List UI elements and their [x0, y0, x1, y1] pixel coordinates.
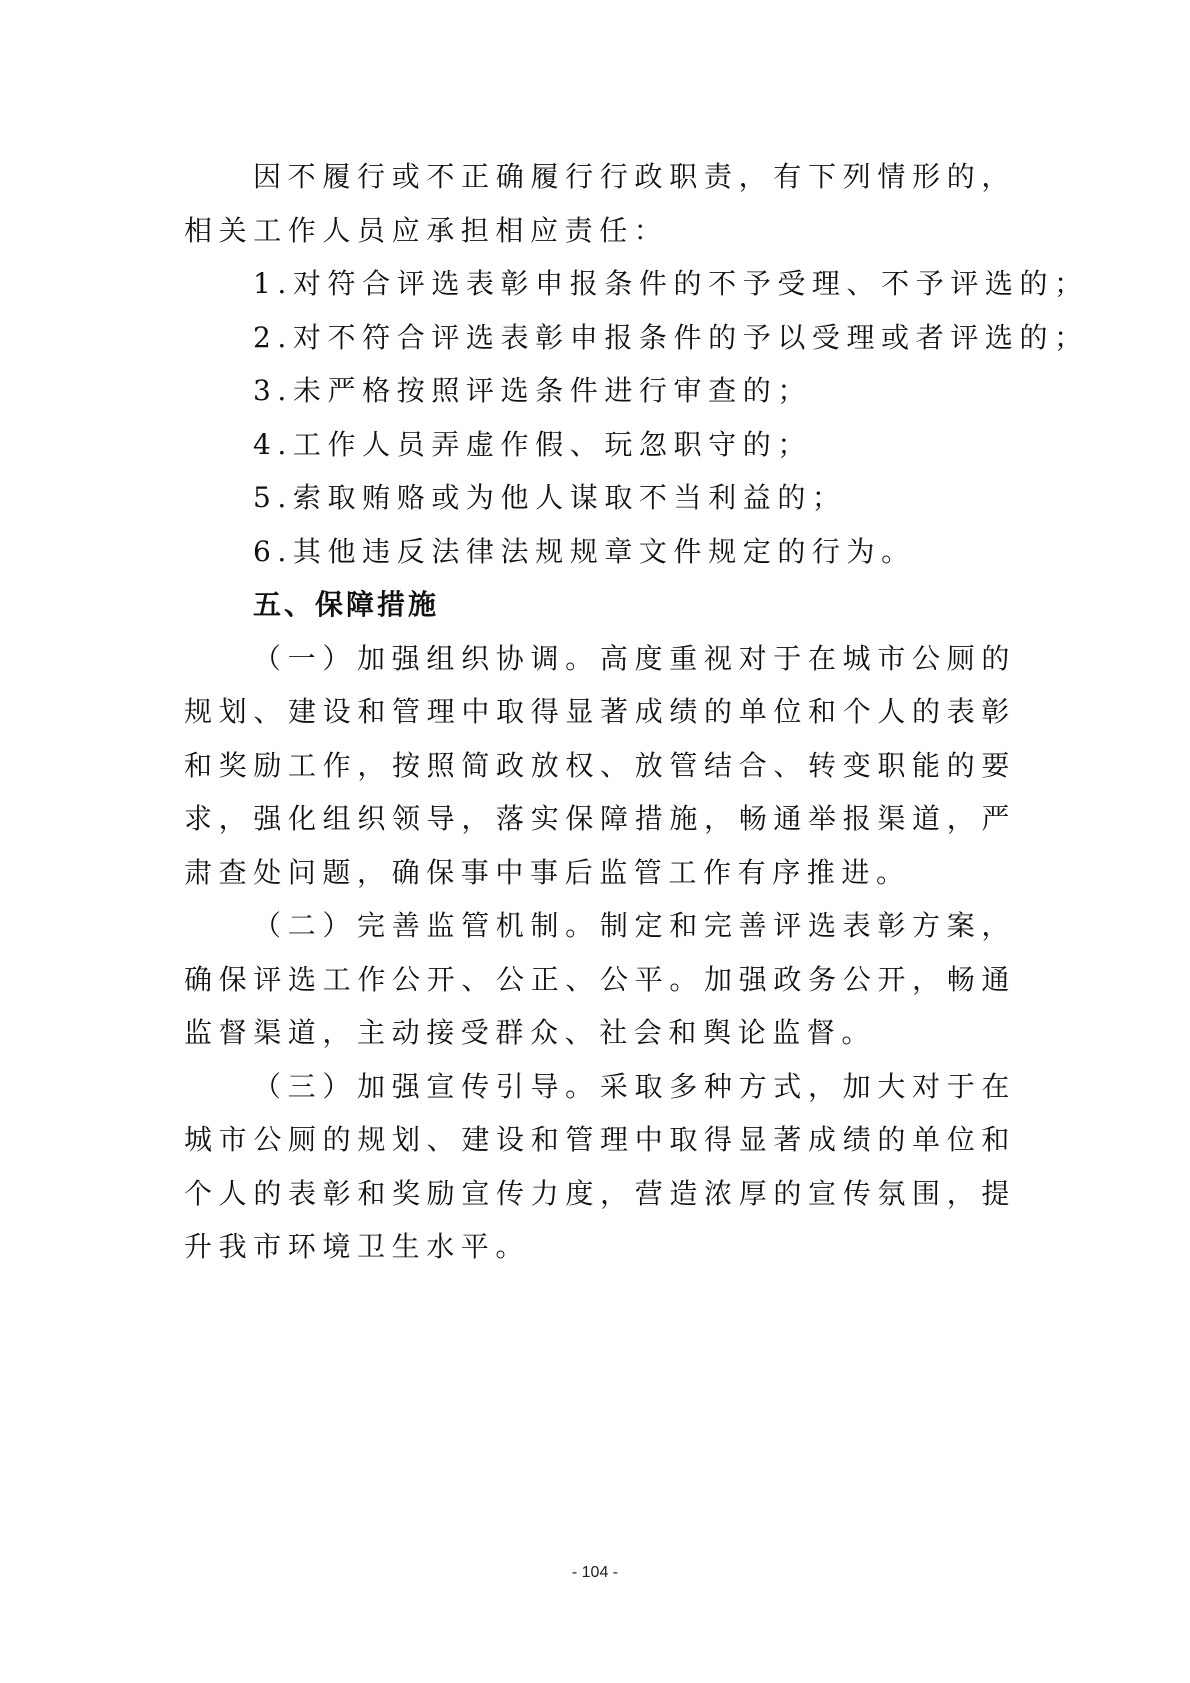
- list-item: 3.未严格按照评选条件进行审查的；: [184, 364, 1016, 418]
- list-item: 1.对符合评选表彰申报条件的不予受理、不予评选的；: [184, 257, 1016, 311]
- list-item: 6.其他违反法律法规规章文件规定的行为。: [184, 525, 1016, 579]
- measure-paragraph: （一）加强组织协调。高度重视对于在城市公厕的规划、建设和管理中取得显著成绩的单位…: [184, 632, 1016, 900]
- document-page: 因不履行或不正确履行行政职责，有下列情形的，相关工作人员应承担相应责任： 1.对…: [0, 0, 1190, 1683]
- list-item: 4.工作人员弄虚作假、玩忽职守的；: [184, 418, 1016, 472]
- section-heading: 五、保障措施: [184, 578, 1016, 632]
- measure-paragraph: （三）加强宣传引导。采取多种方式，加大对于在城市公厕的规划、建设和管理中取得显著…: [184, 1060, 1016, 1274]
- page-number: - 104 -: [0, 1564, 1190, 1582]
- list-item: 2.对不符合评选表彰申报条件的予以受理或者评选的；: [184, 311, 1016, 365]
- document-body: 因不履行或不正确履行行政职责，有下列情形的，相关工作人员应承担相应责任： 1.对…: [184, 150, 1016, 1274]
- list-item: 5.索取贿赂或为他人谋取不当利益的；: [184, 471, 1016, 525]
- measure-paragraph: （二）完善监管机制。制定和完善评选表彰方案，确保评选工作公开、公正、公平。加强政…: [184, 899, 1016, 1060]
- intro-paragraph: 因不履行或不正确履行行政职责，有下列情形的，相关工作人员应承担相应责任：: [184, 150, 1016, 257]
